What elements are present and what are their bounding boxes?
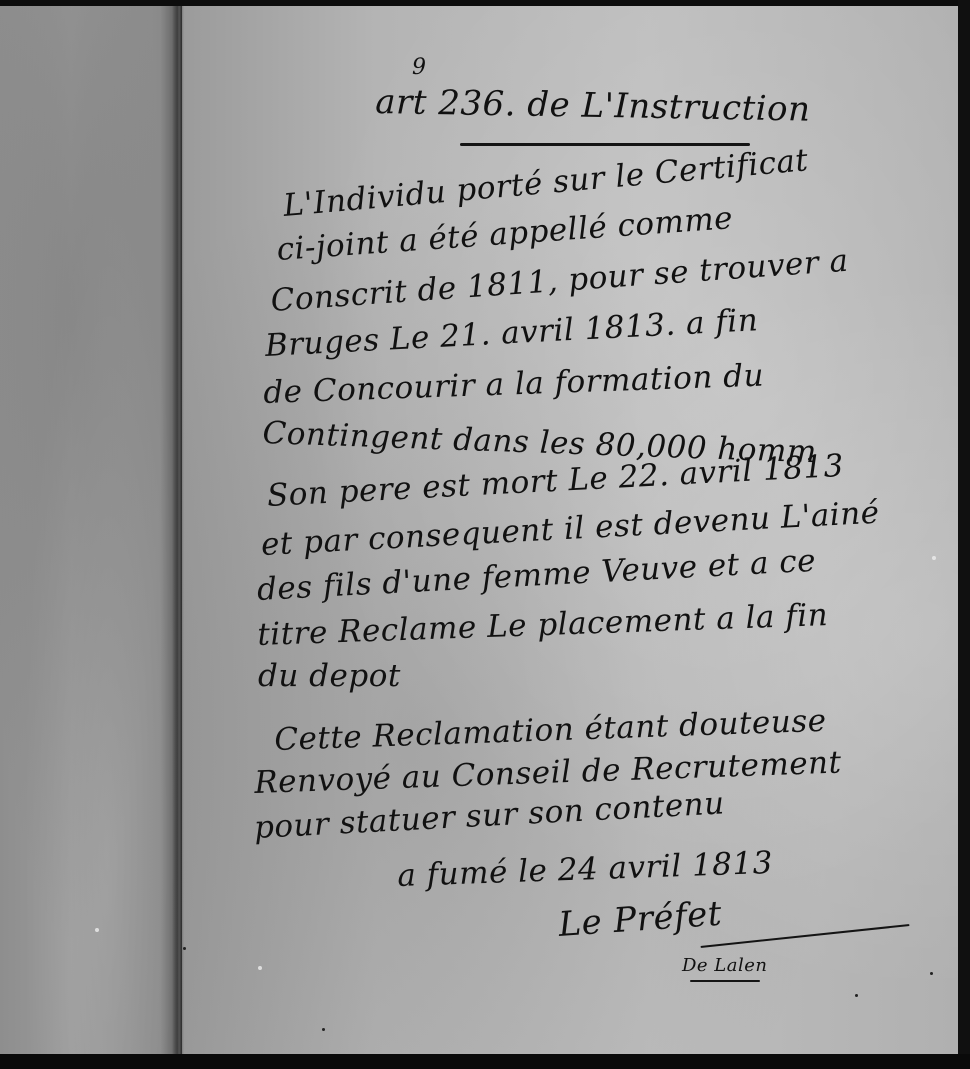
paper-highlight <box>258 966 262 970</box>
p2-line-5: du depot <box>258 658 401 694</box>
page-marker: 9 <box>412 55 427 80</box>
scan-border-top <box>0 0 970 6</box>
binding-fold <box>172 4 184 1054</box>
document-scan: 9 art 236. de L'Instruction L'Individu p… <box>0 0 970 1069</box>
signature-name: De Lalen <box>682 955 768 976</box>
paper-speck <box>930 972 933 975</box>
heading: art 236. de L'Instruction <box>375 82 811 130</box>
paper-speck <box>183 947 186 950</box>
heading-underline <box>460 143 750 146</box>
paper-speck <box>322 1028 325 1031</box>
scan-border-right <box>958 0 970 1069</box>
paper-highlight <box>932 556 936 560</box>
left-page-blank <box>0 4 178 1056</box>
paper-speck <box>855 994 858 997</box>
signature-name-underline <box>690 980 760 982</box>
scan-border-bottom <box>0 1054 970 1069</box>
paper-highlight <box>95 928 99 932</box>
